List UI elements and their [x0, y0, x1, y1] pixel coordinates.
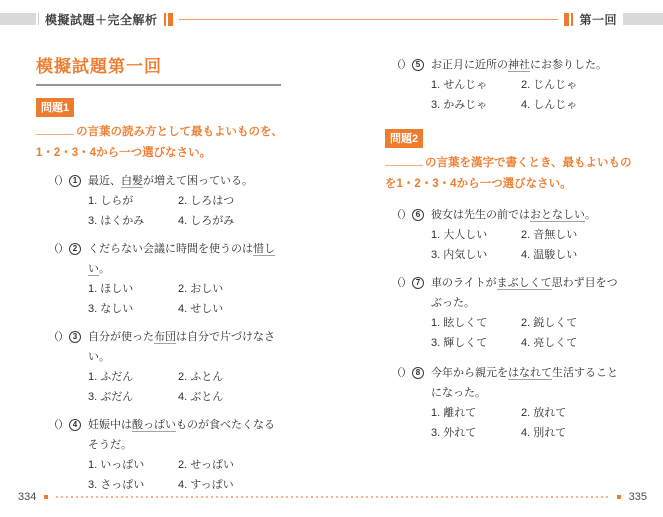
question-options: 1. いっぱい 2. せっぱい 3. さっぱい 4. すっぱい [88, 455, 298, 495]
option: 2. 音無しい [521, 225, 645, 245]
option: 4. 温駿しい [521, 245, 645, 265]
circled-number-icon: 5 [412, 59, 424, 71]
circled-number-icon: 7 [412, 277, 424, 289]
option: 2. ふとん [178, 367, 298, 387]
answer-parentheses: （ ） [391, 363, 410, 383]
answer-parentheses: （ ） [48, 239, 67, 259]
question-options: 1. ふだん 2. ふとん 3. ぶだん 4. ぶとん [88, 367, 298, 407]
option: 1. せんじゃ [431, 75, 521, 95]
option: 2. しろはつ [178, 191, 298, 211]
page-header: 模擬試題＋完全解析 第一回 [0, 10, 663, 28]
question-options: 1. 大人しい 2. 音無しい 3. 内気しい 4. 温駿しい [431, 225, 645, 265]
question-options: 1. ほしい 2. おしい 3. なしい 4. せしい [88, 279, 298, 319]
option: 3. 外れて [431, 423, 521, 443]
question-2: （ ） 2 くだらない会議に時間を使うのは惜し い。 1. ほしい 2. おしい… [36, 239, 298, 319]
option: 4. せしい [178, 299, 298, 319]
problem1-badge: 問題1 [36, 98, 74, 117]
page-title: 模擬試題第一回 [36, 52, 281, 86]
option: 2. じんじゃ [521, 75, 645, 95]
question-sentence: 彼女は先生の前ではおとなしい。 [431, 205, 645, 225]
page-footer: 334 335 [18, 491, 647, 503]
right-page: （ ） 5 お正月に近所の神社にお参りした。 1. せんじゃ 2. じんじゃ 3… [379, 55, 645, 443]
circled-number-icon: 2 [69, 243, 81, 255]
question-6: （ ） 6 彼女は先生の前ではおとなしい。 1. 大人しい 2. 音無しい 3.… [379, 205, 645, 265]
answer-parentheses: （ ） [391, 273, 410, 293]
answer-parentheses: （ ） [48, 171, 67, 191]
option: 1. しらが [88, 191, 178, 211]
question-5: （ ） 5 お正月に近所の神社にお参りした。 1. せんじゃ 2. じんじゃ 3… [379, 55, 645, 115]
question-sentence: 今年から親元をはなれて生活すること になった。 [431, 363, 645, 403]
option: 2. せっぱい [178, 455, 298, 475]
option: 1. 離れて [431, 403, 521, 423]
circled-number-icon: 4 [69, 419, 81, 431]
option: 4. しろがみ [178, 211, 298, 231]
book-spread: 模擬試題＋完全解析 第一回 模擬試題第一回 問題1 の言葉の読み方として最もよい… [0, 0, 663, 517]
option: 2. 鋭しくて [521, 313, 645, 333]
answer-parentheses: （ ） [48, 415, 67, 435]
header-left-label: 模擬試題＋完全解析 [45, 11, 158, 28]
option: 3. 輝しくて [431, 333, 521, 353]
header-rule [179, 19, 559, 20]
option: 2. 放れて [521, 403, 645, 423]
option: 3. はくかみ [88, 211, 178, 231]
option: 4. 亮しくて [521, 333, 645, 353]
problem2-instruction: の言葉を漢字で書くとき、最もよいもの を1・2・3・4から一つ選びなさい。 [385, 153, 645, 195]
option: 2. おしい [178, 279, 298, 299]
answer-parentheses: （ ） [48, 327, 67, 347]
option: 1. 大人しい [431, 225, 521, 245]
question-sentence: くだらない会議に時間を使うのは惜し い。 [88, 239, 298, 279]
problem1-instruction: の言葉の読み方として最もよいものを、 1・2・3・4から一つ選びなさい。 [36, 122, 298, 164]
answer-parentheses: （ ） [391, 55, 410, 75]
dot-icon [617, 495, 621, 499]
problem2-badge: 問題2 [385, 129, 423, 148]
question-8: （ ） 8 今年から親元をはなれて生活すること になった。 1. 離れて 2. … [379, 363, 645, 443]
blank-underline [385, 155, 423, 166]
header-gray-bar-left [0, 13, 36, 25]
circled-number-icon: 8 [412, 367, 424, 379]
option: 1. ふだん [88, 367, 178, 387]
footer-dotted-rule [56, 496, 608, 498]
question-sentence: 自分が使った布団は自分で片づけなさ い。 [88, 327, 298, 367]
header-gray-bar-right [623, 13, 663, 25]
question-sentence: お正月に近所の神社にお参りした。 [431, 55, 645, 75]
blank-underline [36, 124, 74, 135]
circled-number-icon: 3 [69, 331, 81, 343]
question-options: 1. しらが 2. しろはつ 3. はくかみ 4. しろがみ [88, 191, 298, 231]
right-page-number: 335 [629, 491, 647, 503]
option: 4. 別れて [521, 423, 645, 443]
option: 4. ぶとん [178, 387, 298, 407]
option: 3. 内気しい [431, 245, 521, 265]
option: 1. 眩しくて [431, 313, 521, 333]
question-options: 1. 離れて 2. 放れて 3. 外れて 4. 別れて [431, 403, 645, 443]
header-right-label: 第一回 [579, 11, 617, 28]
option: 1. ほしい [88, 279, 178, 299]
question-7: （ ） 7 車のライトがまぶしくて思わず目をつ ぶった。 1. 眩しくて 2. … [379, 273, 645, 353]
option: 1. いっぱい [88, 455, 178, 475]
orange-bars-icon [564, 13, 573, 26]
question-3: （ ） 3 自分が使った布団は自分で片づけなさ い。 1. ふだん 2. ふとん… [36, 327, 298, 407]
option: 4. しんじゃ [521, 95, 645, 115]
answer-parentheses: （ ） [391, 205, 410, 225]
question-options: 1. 眩しくて 2. 鋭しくて 3. 輝しくて 4. 亮しくて [431, 313, 645, 353]
question-options: 1. せんじゃ 2. じんじゃ 3. かみじゃ 4. しんじゃ [431, 75, 645, 115]
left-page: 模擬試題第一回 問題1 の言葉の読み方として最もよいものを、 1・2・3・4から… [36, 52, 298, 495]
question-sentence: 最近、白髪が増えて困っている。 [88, 171, 298, 191]
option: 3. かみじゃ [431, 95, 521, 115]
option: 3. ぶだん [88, 387, 178, 407]
question-sentence: 車のライトがまぶしくて思わず目をつ ぶった。 [431, 273, 645, 313]
header-divider [38, 13, 39, 25]
orange-bars-icon [164, 13, 173, 26]
circled-number-icon: 1 [69, 175, 81, 187]
option: 3. なしい [88, 299, 178, 319]
dot-icon [44, 495, 48, 499]
left-page-number: 334 [18, 491, 36, 503]
question-1: （ ） 1 最近、白髪が増えて困っている。 1. しらが 2. しろはつ 3. … [36, 171, 298, 231]
question-sentence: 妊娠中は酸っぱいものが食べたくなる そうだ。 [88, 415, 298, 455]
circled-number-icon: 6 [412, 209, 424, 221]
question-4: （ ） 4 妊娠中は酸っぱいものが食べたくなる そうだ。 1. いっぱい 2. … [36, 415, 298, 495]
